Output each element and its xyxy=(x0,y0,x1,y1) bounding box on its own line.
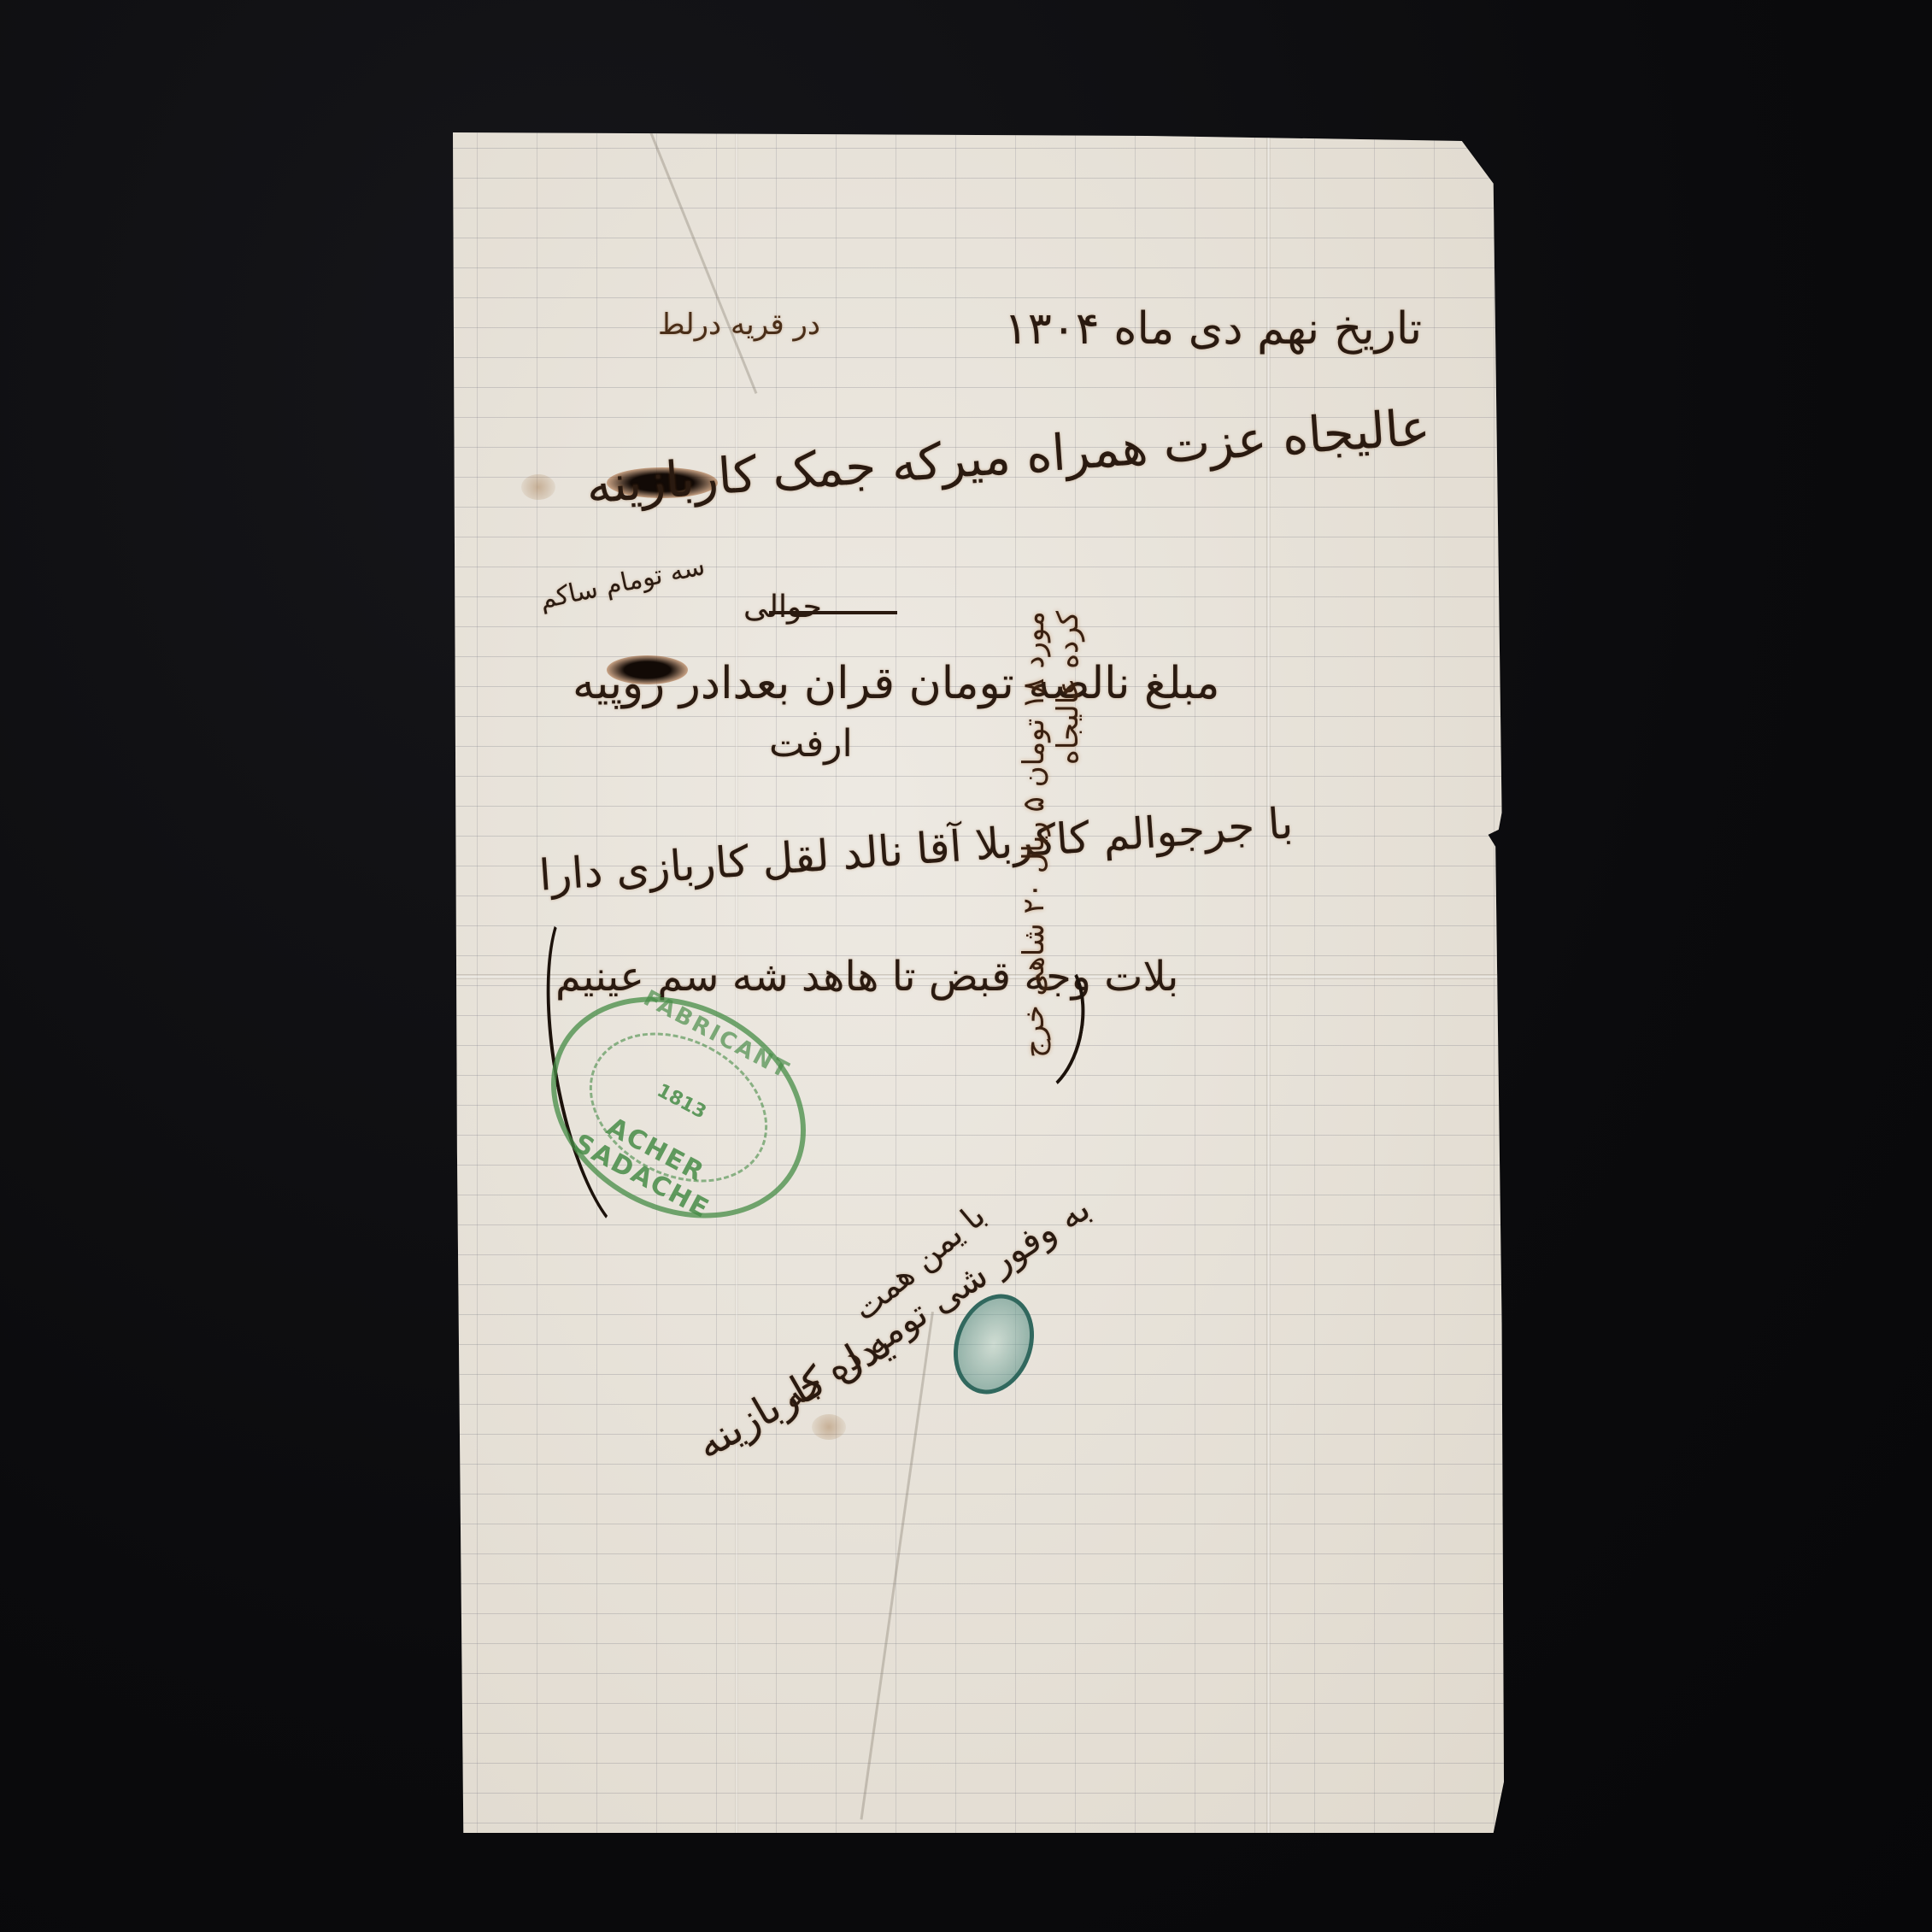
addressee-line: عالیجاه عزت همراه میرکه جمک کاربازینه xyxy=(584,398,1432,515)
body-line-3: با جرجوالم کاکربلا آقا نالد لقل کاربازی … xyxy=(537,798,1295,901)
date-line: تاریخ نهم دی ماه ۱۳۰۴ xyxy=(1004,303,1422,355)
lower-line-2: یدل کاربازینه xyxy=(688,1319,900,1470)
place-line: در قریه درلط xyxy=(658,308,820,342)
vertical-fold xyxy=(1266,132,1271,1833)
body-line-2: ارفت xyxy=(769,722,853,766)
heading-text: حوالی xyxy=(743,590,822,625)
heading-rule xyxy=(769,611,897,614)
body-line-1: مبلغ نالصه تومان قران بعدادر روپیه xyxy=(573,658,1219,709)
document-paper: تاریخ نهم دی ماه ۱۳۰۴ در قریه درلط عالیج… xyxy=(453,132,1504,1833)
crease-line xyxy=(860,1312,933,1820)
ink-stain xyxy=(521,474,555,500)
crease-line xyxy=(649,132,757,394)
margin-note: سه تومام ساکم xyxy=(537,551,708,615)
ink-stain xyxy=(812,1414,846,1440)
